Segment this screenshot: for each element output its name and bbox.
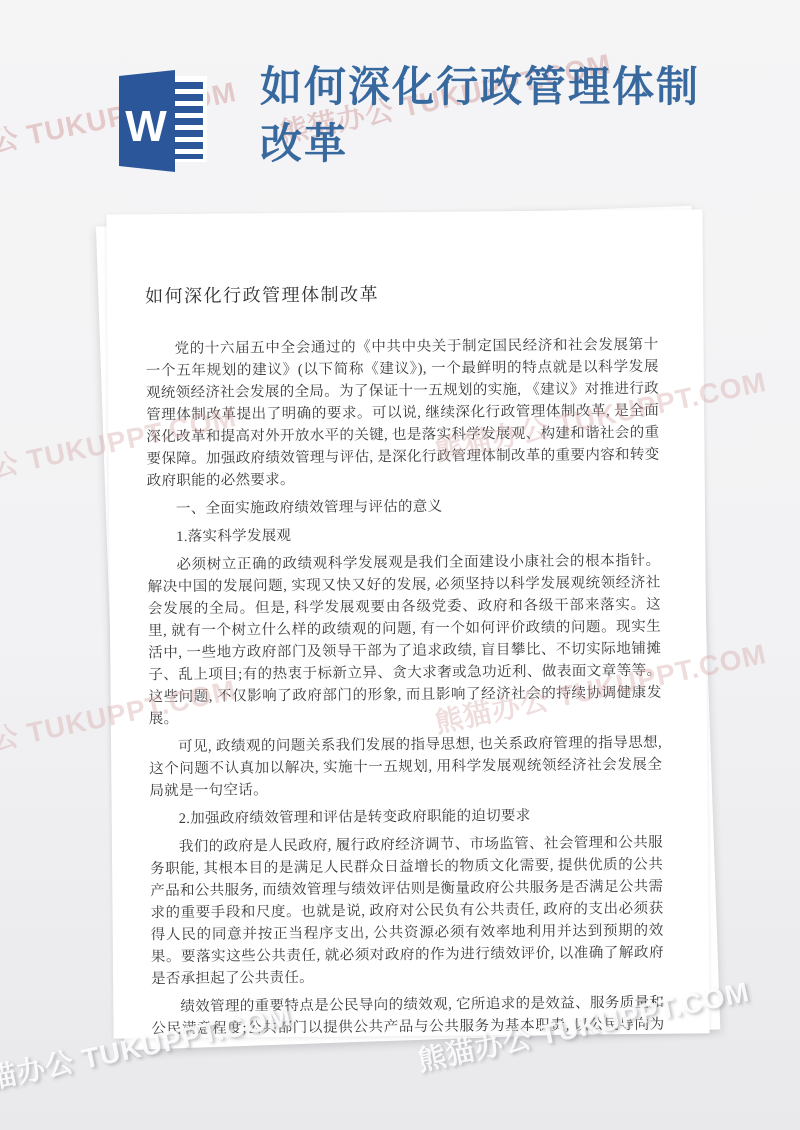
page-title: 如何深化行政管理体制改革 [260, 60, 730, 174]
page: 熊猫办公 TUKUPPT.COM 熊猫办公 TUKUPPT.COM W 如何深化… [0, 0, 800, 1130]
front-sheet: 如何深化行政管理体制改革 党的十六届五中全会通过的《中共中央关于制定国民经济和社… [106, 209, 709, 1038]
document-title: 如何深化行政管理体制改革 [145, 278, 658, 308]
document-body: 如何深化行政管理体制改革 党的十六届五中全会通过的《中共中央关于制定国民经济和社… [106, 209, 709, 1038]
doc-paragraph-5: 绩效管理的重要特点是公民导向的绩效观, 它所追求的是效益、服务质量和公民满意程度… [151, 992, 665, 1039]
header: W 如何深化行政管理体制改革 [0, 0, 800, 200]
doc-heading-section-1: 一、全面实施政府绩效管理与评估的意义 [147, 494, 660, 520]
doc-paragraph-2: 必须树立正确的政绩观科学发展观是我们全面建设小康社会的根本指针。解决中国的发展问… [147, 550, 662, 730]
word-icon: W [117, 68, 209, 174]
doc-paragraph-1: 党的十六届五中全会通过的《中共中央关于制定国民经济和社会发展第十一个五年规划的建… [145, 334, 659, 492]
doc-heading-1-2: 2.加强政府绩效管理和评估是转变政府职能的迫切要求 [150, 804, 663, 830]
doc-paragraph-3: 可见, 政绩观的问题关系我们发展的指导思想, 也关系政府管理的指导思想, 这个问… [149, 732, 663, 802]
doc-paragraph-4: 我们的政府是人民政府, 履行政府经济调节、市场监管、社会管理和公共服务职能, 其… [150, 832, 664, 990]
doc-heading-1-1: 1.落实科学发展观 [147, 522, 660, 548]
svg-text:W: W [125, 102, 167, 151]
